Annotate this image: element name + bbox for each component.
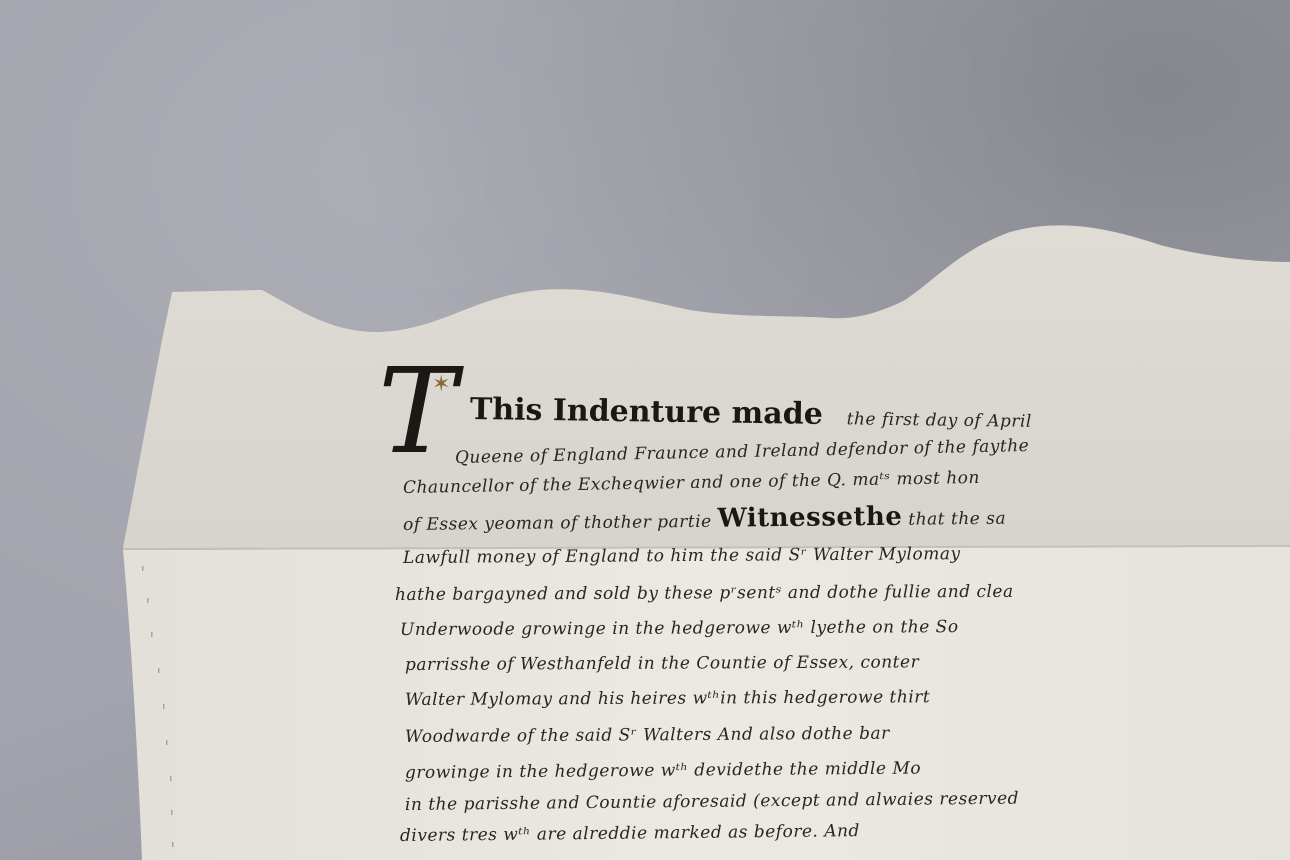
text-line-7: Underwoode growinge in the hedgerowe wᵗʰ… <box>400 617 959 640</box>
text-line-8: parrisshe of Westhanfeld in the Countie … <box>405 652 919 675</box>
text-line-6: hathe bargayned and sold by these pʳsent… <box>395 582 1014 605</box>
date-phrase: the first day of April <box>847 409 1032 432</box>
text-line-4: of Essex yeoman of thother partie Witnes… <box>403 501 1006 537</box>
decorated-initial-letter: T <box>378 352 457 470</box>
line-4-post: that the sa <box>908 509 1006 530</box>
line-4-pre: of Essex yeoman of thother partie <box>403 512 712 535</box>
indenture-heading: This Indenture made <box>470 392 823 432</box>
text-line-5: Lawfull money of England to him the said… <box>403 544 961 568</box>
witnesseth-word: Witnessethe <box>717 502 902 534</box>
text-line-9: Walter Mylomay and his heires wᵗʰin this… <box>405 687 930 710</box>
star-flourish-icon: ✶ <box>432 372 450 397</box>
text-line-10: Woodwarde of the said Sʳ Walters And als… <box>405 724 890 747</box>
